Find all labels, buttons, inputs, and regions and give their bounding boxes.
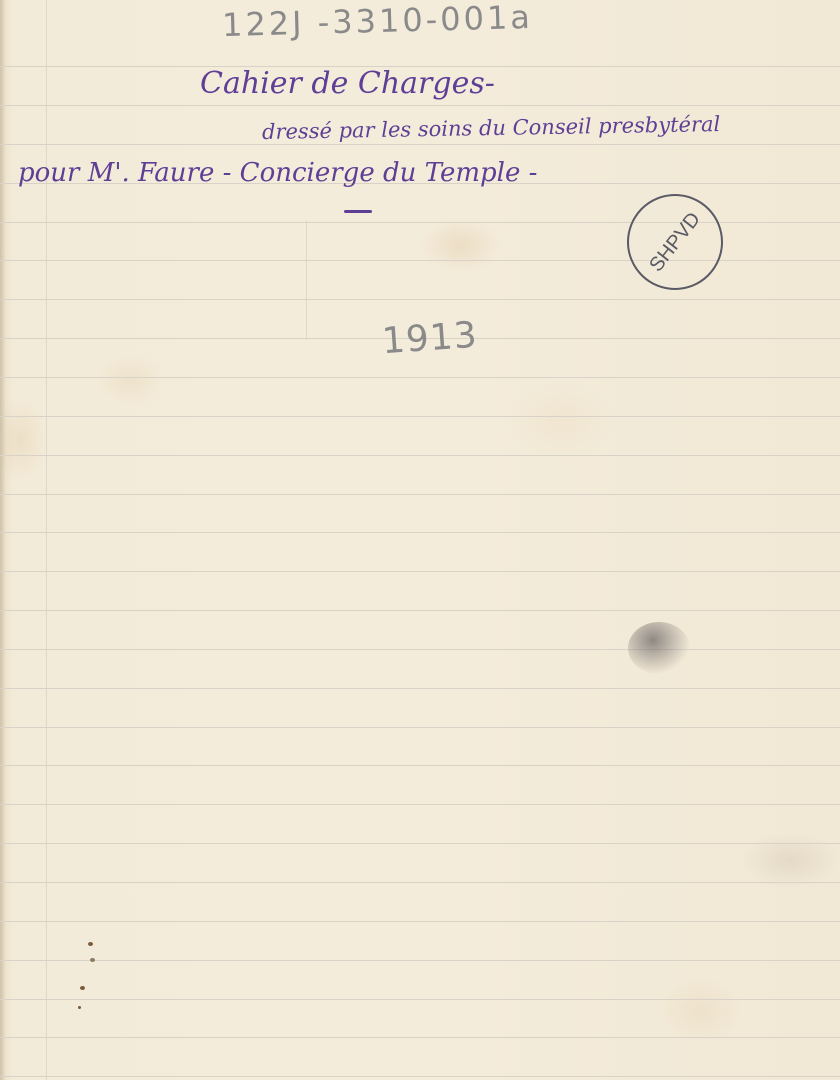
stain-speck xyxy=(80,986,85,990)
ruled-line xyxy=(0,494,840,495)
ruled-line xyxy=(0,610,840,611)
ruled-line xyxy=(0,299,840,300)
stain-speck xyxy=(78,1006,81,1009)
ruled-line xyxy=(0,532,840,533)
ruled-line xyxy=(0,649,840,650)
ruled-line xyxy=(0,416,840,417)
shpvd-stamp: SHPVD xyxy=(627,194,723,290)
ruled-line xyxy=(0,571,840,572)
ruled-line xyxy=(0,105,840,106)
stain-speck xyxy=(88,942,93,946)
faint-vertical-line xyxy=(306,220,307,340)
ruled-line xyxy=(0,727,840,728)
ink-smudge xyxy=(628,622,690,674)
archive-reference: 122J -3310-001a xyxy=(222,0,534,44)
ruled-line xyxy=(0,804,840,805)
ruled-line xyxy=(0,144,840,145)
ruled-line xyxy=(0,688,840,689)
binding-edge xyxy=(0,0,6,1080)
notebook-page: 122J -3310-001a Cahier de Charges- dress… xyxy=(0,0,840,1080)
document-title: Cahier de Charges- xyxy=(200,66,495,101)
subtitle-line: dressé par les soins du Conseil presbyté… xyxy=(262,112,721,144)
ruled-line xyxy=(0,1037,840,1038)
ruled-line xyxy=(0,882,840,883)
ruled-line xyxy=(0,455,840,456)
ruled-line xyxy=(0,921,840,922)
stain-speck xyxy=(90,958,95,962)
separator-dash xyxy=(344,210,372,213)
ruled-line xyxy=(0,843,840,844)
ruled-line xyxy=(0,960,840,961)
ruled-line xyxy=(0,377,840,378)
stamp-text: SHPVD xyxy=(645,208,706,276)
ruled-line xyxy=(0,765,840,766)
ruled-line xyxy=(0,1076,840,1077)
ruled-line xyxy=(0,999,840,1000)
year-annotation: 1913 xyxy=(381,315,479,363)
recipient-line: pour M'. Faure - Concierge du Temple - xyxy=(18,158,537,188)
